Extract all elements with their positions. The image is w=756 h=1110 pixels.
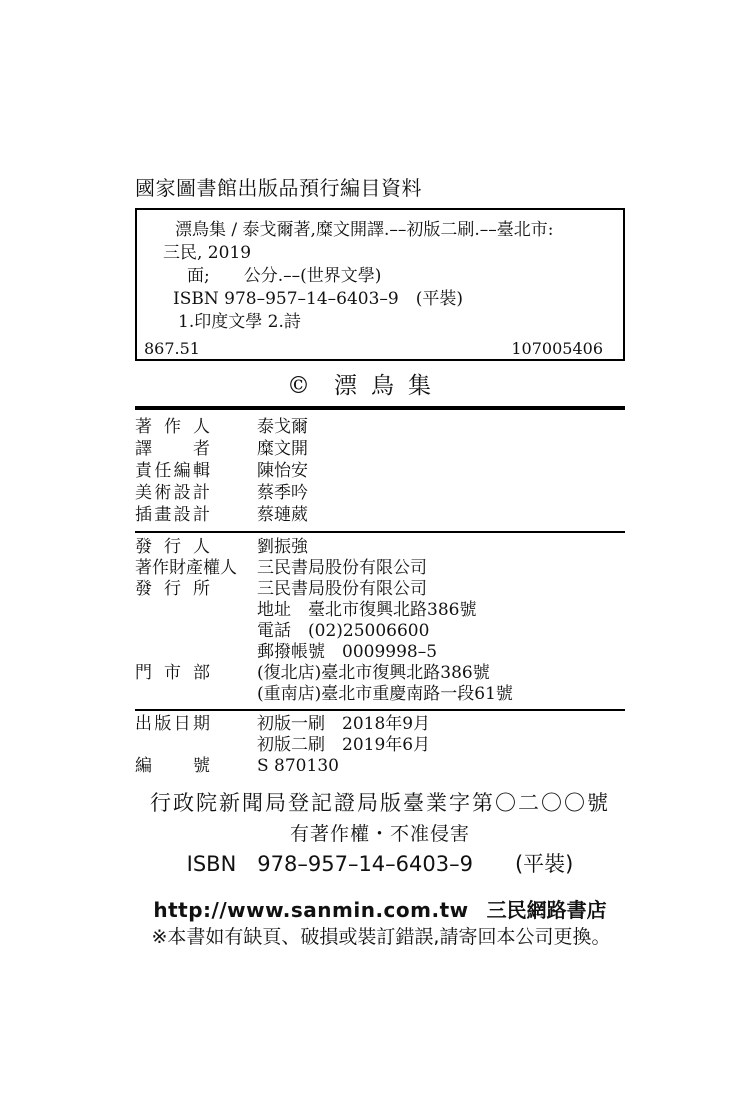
pub-store-chongnan: (重南店)臺北市重慶南路一段61號 <box>257 684 625 705</box>
credit-label: 美術設計 <box>135 482 257 504</box>
isbn-line: ISBN 978–957–14–6403–9 (平裝) <box>135 851 625 877</box>
cip-subjects: 1.印度文學 2.詩 <box>137 311 623 334</box>
copyright-notice: 有著作權・不准侵害 <box>135 822 625 846</box>
pub-address: 地址 臺北市復興北路386號 <box>257 600 625 621</box>
book-title-line: ©漂鳥集 <box>135 372 625 400</box>
edition-book-number: S 870130 <box>257 756 339 777</box>
credit-label: 責任編輯 <box>135 460 257 482</box>
cip-box: 漂鳥集 / 泰戈爾著,糜文開譯.––初版二刷.––臺北市: 三民, 2019 面… <box>135 208 625 361</box>
book-title: 漂鳥集 <box>334 373 445 399</box>
pub-row-stores: 門市部 (復北店)臺北市復興北路386號 <box>135 663 625 684</box>
gio-license-line: 行政院新聞局登記證局版臺業字第〇二〇〇號 <box>135 790 625 816</box>
edition-label: 出版日期 <box>135 714 257 735</box>
cip-physical-description: 面; 公分.––(世界文學) <box>137 265 623 288</box>
pub-label: 著作財產權人 <box>135 558 257 579</box>
returns-note: ※本書如有缺頁、破損或裝訂錯誤,請寄回本公司更換。 <box>123 925 639 949</box>
credits-table: 著作人 泰戈爾 譯者 糜文開 責任編輯 陳怡安 美術設計 蔡季吟 插畫設計 蔡璉… <box>135 410 625 531</box>
colophon-page: 國家圖書館出版品預行編目資料 漂鳥集 / 泰戈爾著,糜文開譯.––初版二刷.––… <box>135 176 625 949</box>
cip-title-statement: 漂鳥集 / 泰戈爾著,糜文開譯.––初版二刷.––臺北市: <box>137 219 623 242</box>
website-url: http://www.sanmin.com.tw <box>153 898 468 922</box>
footer: 行政院新聞局登記證局版臺業字第〇二〇〇號 有著作權・不准侵害 ISBN 978–… <box>135 790 625 949</box>
pub-label: 門市部 <box>135 663 257 684</box>
credit-label: 譯者 <box>135 438 257 460</box>
credit-value: 蔡璉葳 <box>257 504 308 526</box>
website-line: http://www.sanmin.com.tw三民網路書店 <box>135 898 625 922</box>
pub-label: 發行所 <box>135 579 257 600</box>
credit-row-illustration: 插畫設計 蔡璉葳 <box>135 504 625 526</box>
edition-label: 編號 <box>135 756 257 777</box>
credit-row-author: 著作人 泰戈爾 <box>135 416 625 438</box>
online-bookstore-label: 三民網路書店 <box>487 898 607 922</box>
pub-store-fubei: (復北店)臺北市復興北路386號 <box>257 663 490 684</box>
credit-label: 著作人 <box>135 416 257 438</box>
credit-value: 泰戈爾 <box>257 416 308 438</box>
pub-value: 劉振強 <box>257 537 308 558</box>
edition-table: 出版日期 初版一刷 2018年9月 初版二刷 2019年6月 編號 S 8701… <box>135 711 625 779</box>
credit-row-art-design: 美術設計 蔡季吟 <box>135 482 625 504</box>
cip-bottom-row: 867.51 107005406 <box>137 339 623 359</box>
cip-class-number: 867.51 <box>144 339 200 359</box>
credit-label: 插畫設計 <box>135 504 257 526</box>
pub-row-rights-holder: 著作財產權人 三民書局股份有限公司 <box>135 558 625 579</box>
pub-row-publishing-house: 發行所 三民書局股份有限公司 <box>135 579 625 600</box>
edition-row-dates: 出版日期 初版一刷 2018年9月 <box>135 714 625 735</box>
credit-value: 陳怡安 <box>257 460 308 482</box>
credit-value: 蔡季吟 <box>257 482 308 504</box>
credit-value: 糜文開 <box>257 438 308 460</box>
cip-header: 國家圖書館出版品預行編目資料 <box>135 176 625 200</box>
cip-publisher-year: 三民, 2019 <box>137 242 623 265</box>
pub-value: 三民書局股份有限公司 <box>257 558 427 579</box>
credit-row-translator: 譯者 糜文開 <box>135 438 625 460</box>
edition-row-number: 編號 S 870130 <box>135 756 625 777</box>
copyright-symbol: © <box>287 373 310 399</box>
pub-label: 發行人 <box>135 537 257 558</box>
edition-second-printing: 初版二刷 2019年6月 <box>257 735 625 756</box>
pub-value: 三民書局股份有限公司 <box>257 579 427 600</box>
cip-isbn: ISBN 978–957–14–6403–9 (平裝) <box>137 288 623 311</box>
credit-row-editor: 責任編輯 陳怡安 <box>135 460 625 482</box>
pub-phone: 電話 (02)25006600 <box>257 621 625 642</box>
pub-row-publisher-person: 發行人 劉振強 <box>135 537 625 558</box>
publishing-table: 發行人 劉振強 著作財產權人 三民書局股份有限公司 發行所 三民書局股份有限公司… <box>135 533 625 709</box>
edition-first-printing: 初版一刷 2018年9月 <box>257 714 430 735</box>
pub-postal-account: 郵撥帳號 0009998–5 <box>257 642 625 663</box>
cip-record-number: 107005406 <box>511 339 603 359</box>
